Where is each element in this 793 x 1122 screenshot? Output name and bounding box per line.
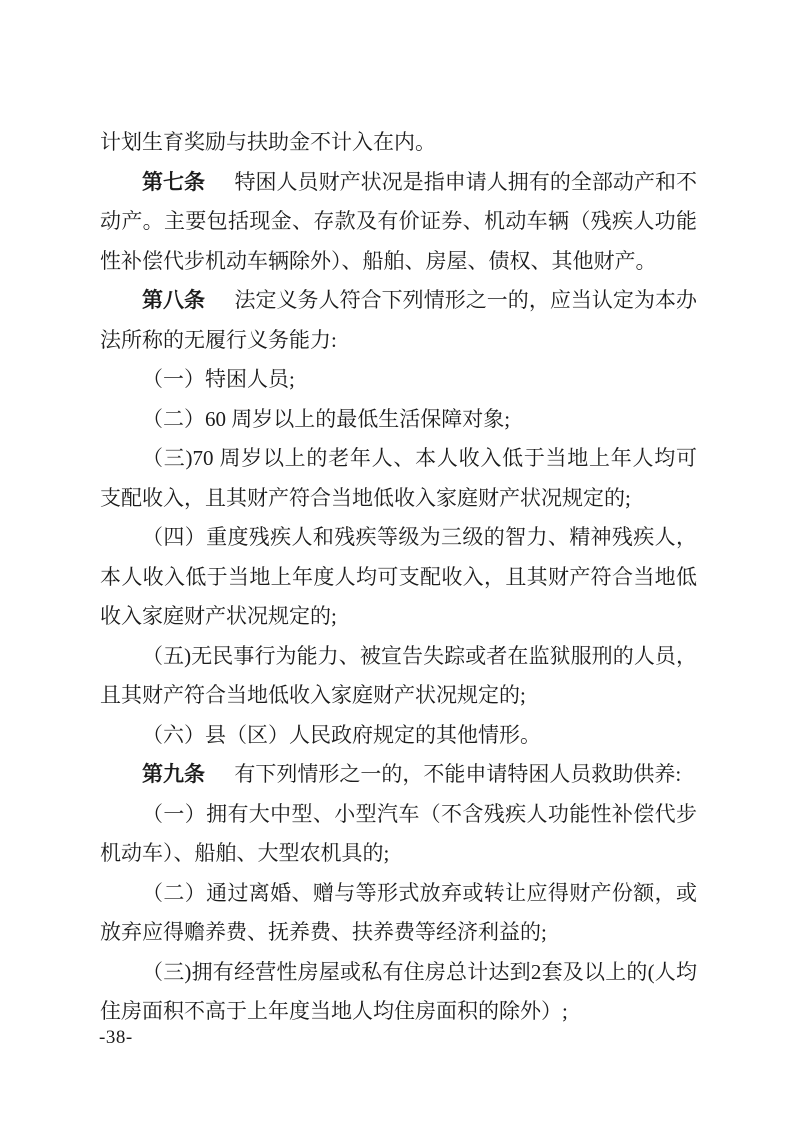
- article-number: 第七条: [142, 170, 205, 194]
- paragraph: 第七条特困人员财产状况是指申请人拥有的全部动产和不动产。主要包括现金、存款及有价…: [100, 163, 697, 282]
- paragraph: （三)拥有经营性房屋或私有住房总计达到2套及以上的(人均住房面积不高于上年度当地…: [100, 953, 697, 1032]
- article-number: 第九条: [142, 762, 205, 786]
- article-number: 第八条: [142, 288, 205, 312]
- paragraph: （六）县（区）人民政府规定的其他情形。: [100, 716, 697, 756]
- paragraph: （四）重度残疾人和残疾等级为三级的智力、精神残疾人，本人收入低于当地上年度人均可…: [100, 518, 697, 637]
- paragraph: 计划生育奖励与扶助金不计入在内。: [100, 123, 697, 163]
- paragraph: （三)70 周岁以上的老年人、本人收入低于当地上年人均可支配收入，且其财产符合当…: [100, 439, 697, 518]
- paragraph: （二）60 周岁以上的最低生活保障对象;: [100, 400, 697, 440]
- paragraph: （一）拥有大中型、小型汽车（不含残疾人功能性补偿代步机动车）、船舶、大型农机具的…: [100, 795, 697, 874]
- paragraph: （五)无民事行为能力、被宣告失踪或者在监狱服刑的人员，且其财产符合当地低收入家庭…: [100, 637, 697, 716]
- document-page: 计划生育奖励与扶助金不计入在内。第七条特困人员财产状况是指申请人拥有的全部动产和…: [0, 0, 793, 1122]
- paragraph: 第九条有下列情形之一的，不能申请特困人员救助供养:: [100, 755, 697, 795]
- paragraph: （一）特困人员;: [100, 360, 697, 400]
- document-body: 计划生育奖励与扶助金不计入在内。第七条特困人员财产状况是指申请人拥有的全部动产和…: [100, 123, 697, 1032]
- paragraph: 第八条法定义务人符合下列情形之一的，应当认定为本办法所称的无履行义务能力:: [100, 281, 697, 360]
- paragraph: （二）通过离婚、赠与等形式放弃或转让应得财产份额，或放弃应得赡养费、抚养费、扶养…: [100, 874, 697, 953]
- page-number: -38-: [99, 1026, 133, 1050]
